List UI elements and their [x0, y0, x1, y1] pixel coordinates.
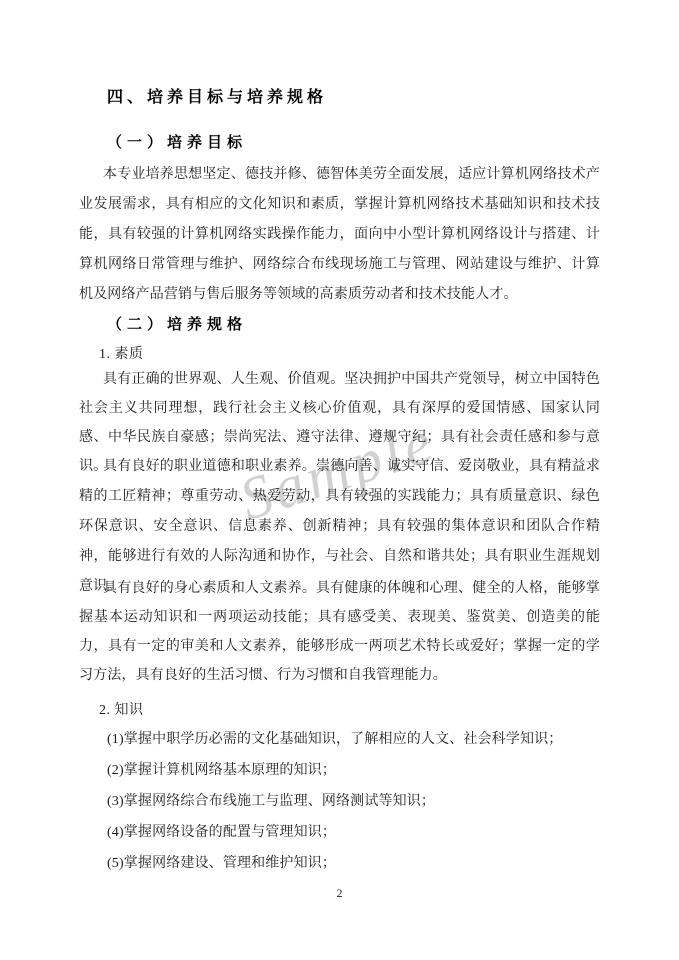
- chapter-heading: 四、培养目标与培养规格: [107, 84, 327, 107]
- subsection-label-quality: 1. 素质: [99, 343, 144, 363]
- section-heading-training-objective: （一）培养目标: [107, 131, 247, 152]
- knowledge-item-4: (4)掌握网络设备的配置与管理知识；: [107, 821, 600, 841]
- knowledge-item-2: (2)掌握计算机网络基本原理的知识；: [107, 759, 600, 779]
- training-objective-paragraph: 本专业培养思想坚定、德技并修、德智体美劳全面发展，适应计算机网络技术产业发展需求…: [79, 160, 600, 310]
- section-heading-training-spec: （二）培养规格: [107, 313, 247, 334]
- document-page: Sample 四、培养目标与培养规格 （一）培养目标 本专业培养思想坚定、德技并…: [0, 0, 679, 960]
- subsection-label-knowledge: 2. 知识: [99, 699, 144, 719]
- knowledge-item-3: (3)掌握网络综合布线施工与监理、网络测试等知识；: [107, 790, 600, 810]
- page-number: 2: [0, 886, 679, 901]
- quality-paragraph-3: 具有良好的身心素质和人文素养。具有健康的体魄和心理、健全的人格，能够掌握基本运动…: [79, 574, 600, 690]
- knowledge-item-1: (1)掌握中职学历必需的文化基础知识，了解相应的人文、社会科学知识；: [107, 728, 600, 748]
- knowledge-item-5: (5)掌握网络建设、管理和维护知识；: [107, 852, 600, 872]
